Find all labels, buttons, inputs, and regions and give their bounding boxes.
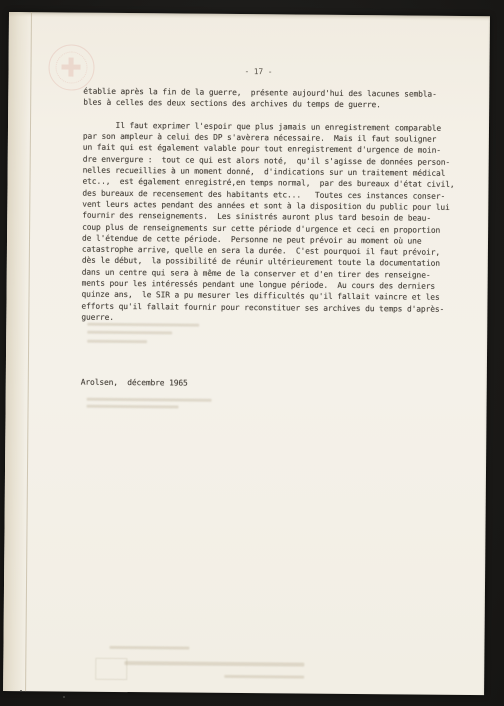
stamp-cross-horizontal bbox=[62, 64, 81, 69]
scan-dust-speck bbox=[20, 690, 22, 692]
paragraph-1: établie après la fin de la guerre, prése… bbox=[83, 86, 475, 112]
bleed-through-mark bbox=[109, 646, 189, 650]
scan-dust-speck bbox=[63, 696, 65, 698]
bleed-through-mark bbox=[224, 675, 304, 679]
document-page: - 17 - établie après la fin de la guerre… bbox=[3, 12, 490, 695]
bleed-through-mark bbox=[87, 398, 212, 402]
page-number: - 17 - bbox=[244, 67, 272, 76]
bleed-through-mark bbox=[87, 340, 147, 344]
scan-background: - 17 - établie après la fin de la guerre… bbox=[0, 0, 504, 706]
bleed-through-mark bbox=[87, 405, 179, 409]
page-top-edge bbox=[9, 12, 490, 21]
paragraph-2: Il faut exprimer l'espoir que plus jamai… bbox=[81, 120, 475, 327]
body-text: établie après la fin de la guerre, prése… bbox=[81, 86, 476, 392]
bleed-through-mark bbox=[124, 661, 304, 667]
dateline: Arolsen, décembre 1965 bbox=[81, 377, 473, 392]
red-cross-stamp-icon bbox=[48, 44, 94, 90]
page-left-edge bbox=[3, 12, 32, 691]
bleed-through-box bbox=[95, 658, 127, 680]
